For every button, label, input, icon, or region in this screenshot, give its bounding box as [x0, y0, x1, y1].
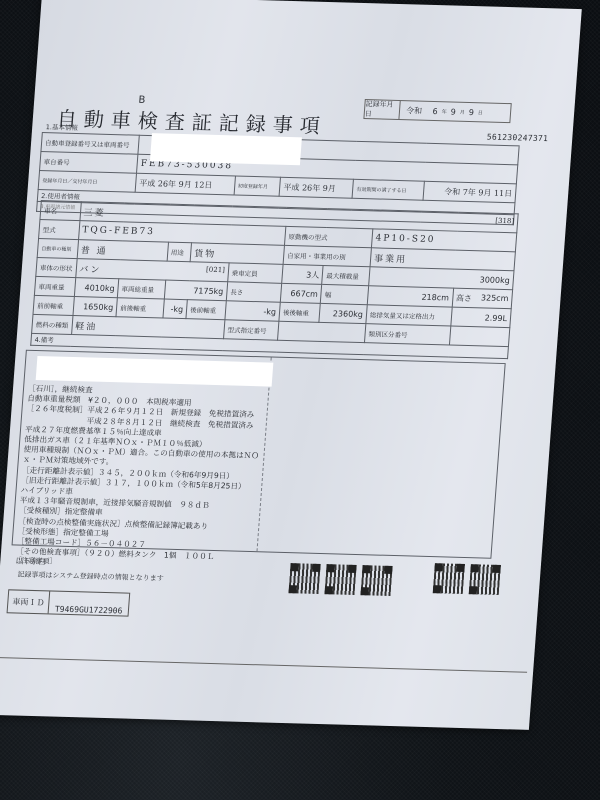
vehicle-id-value: T9469GU1722906: [49, 591, 130, 615]
qr-code-1: [288, 563, 320, 594]
expiry-date-value: 令和 7年 9月 11日: [423, 181, 517, 203]
footer-divider: [0, 657, 527, 673]
type-designation-label: 型式指定番号: [223, 320, 278, 340]
remarks-text: ［石川］，継続検査自動車重量税額 ¥２０，０００ 本則税率適用［２６年度税制］平…: [15, 384, 264, 574]
private-business-label: 自家用・事業用の別: [283, 245, 371, 266]
qr-code-3: [360, 565, 392, 596]
rear-front-axle-label: 後前軸重: [186, 300, 226, 320]
body-shape-code: [021]: [206, 265, 225, 274]
qr-code-2: [324, 564, 356, 595]
rear-front-axle-value: -kg: [225, 301, 280, 321]
first-registration-value: 平成 26年 9月: [279, 177, 353, 198]
width-label: 幅: [321, 284, 369, 304]
redacted-registration-number: [150, 133, 302, 165]
gross-weight-value: 7175kg: [164, 280, 228, 301]
qr-code-5: [469, 564, 501, 595]
vehicle-weight-value: 4010kg: [74, 278, 119, 298]
capacity-value: 3人: [282, 264, 324, 284]
use-value: 貨物: [190, 243, 284, 265]
vehicle-kind-label: 自動車の種別: [37, 238, 78, 258]
qr-code-4: [433, 563, 465, 594]
front-front-axle-label: 前前軸重: [33, 295, 74, 315]
front-rear-axle-value: -kg: [162, 299, 187, 319]
capacity-label: 乗車定員: [228, 263, 283, 283]
vehicle-kind-value: 普 通: [77, 240, 168, 261]
max-load-label: 最大積載量: [322, 265, 370, 285]
displacement-label: 総排気量又は定格出力: [366, 305, 452, 326]
record-date-label: 記録年月日: [364, 100, 400, 119]
width-value: 218cm: [367, 286, 453, 307]
length-label: 長さ: [226, 282, 281, 302]
gross-weight-label: 車両総重量: [117, 279, 165, 299]
record-date-value: 令和 6年 9月 9日: [399, 101, 510, 122]
length-value: 667cm: [280, 283, 322, 303]
vehicle-id-label: 車両ＩＤ: [8, 590, 51, 613]
height-value: 325cm: [481, 293, 509, 303]
model-label: 型式: [39, 220, 80, 240]
expiry-date-label: 有効期間の満了する日: [352, 179, 424, 200]
rear-rear-axle-label: 後後軸重: [279, 302, 321, 322]
notes-text: 記録事項はシステム登録時点の情報となります: [13, 567, 164, 585]
record-date-box: 記録年月日 令和 6年 9月 9日: [363, 99, 511, 123]
maker-label: 車名: [40, 201, 81, 221]
notes: ［注意事項］ 記録事項はシステム登録時点の情報となります: [13, 553, 165, 585]
vehicle-id-box: 車両ＩＤ T9469GU1722906: [7, 589, 131, 616]
engine-model-label: 原動機の型式: [284, 226, 372, 247]
category-number-value: [449, 326, 510, 347]
category-number-label: 類別区分番号: [364, 324, 450, 345]
vehicle-weight-label: 車両重量: [34, 276, 75, 296]
displacement-value: 2.99L: [450, 307, 511, 328]
first-registration-label: 初度登録年月: [234, 176, 281, 196]
use-label: 用途: [167, 242, 192, 262]
body-shape-label: 車体の形状: [36, 257, 77, 277]
height-cell: 高さ 325cm: [452, 288, 513, 309]
inspection-certificate-paper: B 自動車検査証記録事項 記録年月日 令和 6年 9月 9日 561230247…: [0, 0, 582, 730]
vehicle-spec-table: 車名 三菱 [318] 型式 TQG-FEB73 原動機の型式 4P10-S20…: [30, 200, 519, 359]
type-designation-value: [277, 321, 365, 342]
front-rear-axle-label: 前後軸重: [116, 298, 164, 318]
front-front-axle-value: 1650kg: [72, 297, 117, 317]
rear-rear-axle-value: 2360kg: [319, 303, 367, 323]
maker-code: [318]: [495, 216, 514, 225]
fuel-type-label: 燃料の種類: [32, 314, 73, 334]
